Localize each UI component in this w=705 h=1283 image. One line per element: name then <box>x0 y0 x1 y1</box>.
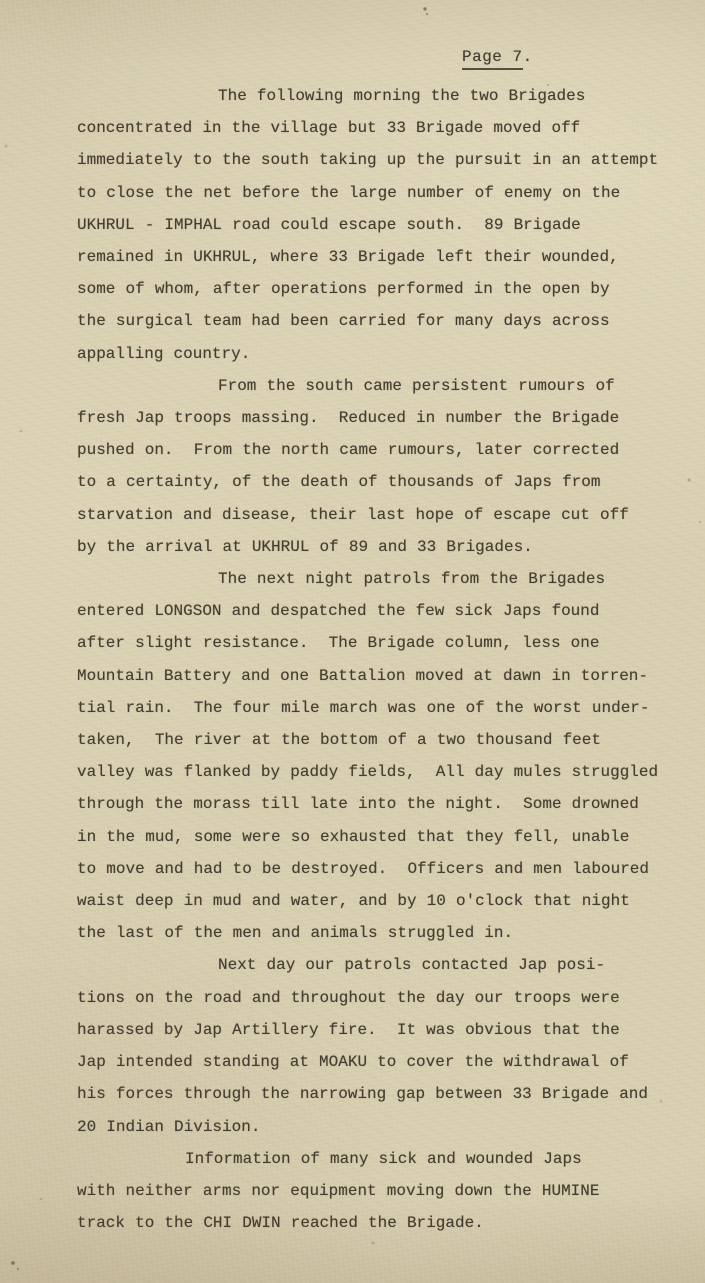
document-page: Page 7. The following morning the two Br… <box>0 0 705 1283</box>
paragraph-2: From the south came persistent rumours o… <box>77 370 685 563</box>
page-content: Page 7. The following morning the two Br… <box>0 0 705 1239</box>
paragraph-4: Next day our patrols contacted Jap posi-… <box>77 949 685 1142</box>
paragraph-3: The next night patrols from the Brigades… <box>77 563 685 949</box>
page-number-period: . <box>523 48 533 66</box>
paragraph-5: Information of many sick and wounded Jap… <box>77 1143 685 1240</box>
page-number-text: Page 7 <box>462 48 523 70</box>
page-number: Page 7. <box>462 46 685 68</box>
paragraph-1: The following morning the two Brigades c… <box>77 80 685 370</box>
